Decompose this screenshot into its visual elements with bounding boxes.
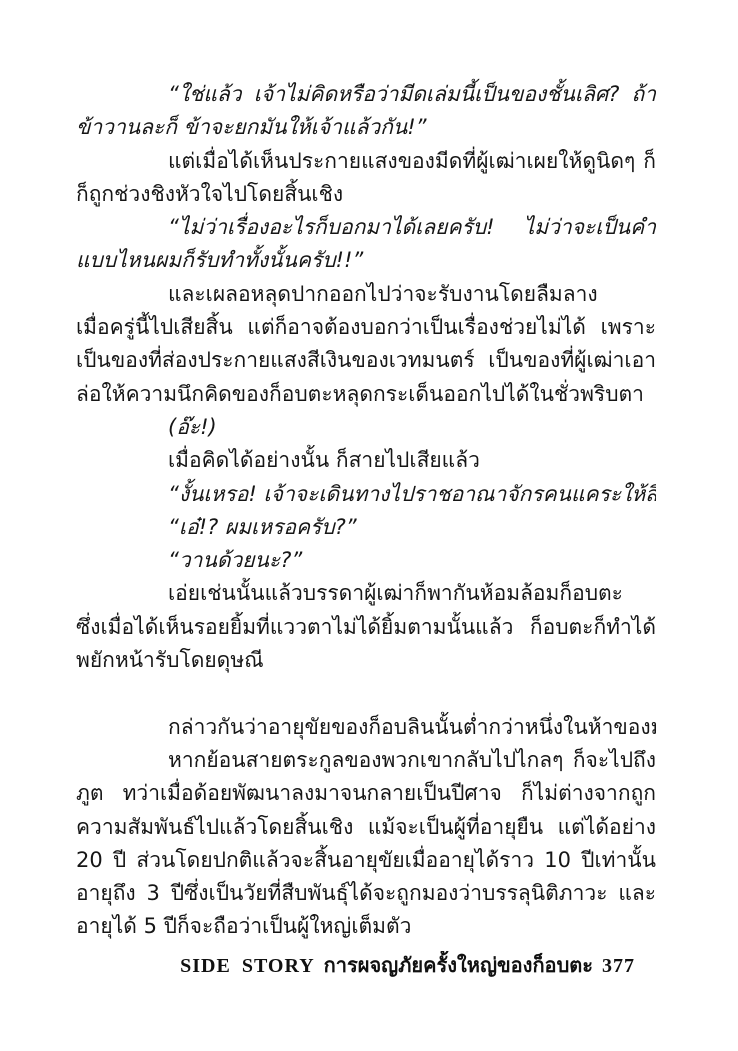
text-line: ซึ่งเมื่อได้เห็นรอยยิ้มที่แววตาไม่ได้ยิ้… — [76, 611, 656, 644]
text-line: พยักหน้ารับโดยดุษณี — [76, 644, 656, 677]
footer-chapter-title: การผจญภัยครั้งใหญ่ของก็อบตะ — [324, 955, 593, 977]
blank-line — [76, 677, 656, 710]
side-story-label: SIDE STORY — [180, 955, 315, 977]
text-line: เมื่อครู่นี้ไปเสียสิ้น แต่ก็อาจต้องบอกว่… — [76, 311, 656, 344]
text-line: “ไม่ว่าเรื่องอะไรก็บอกมาได้เลยครับ! ไม่ว… — [76, 211, 656, 244]
text-line: อายุได้ 5 ปีก็จะถือว่าเป็นผู้ใหญ่เต็มตัว — [76, 910, 656, 943]
text-line: ภูต ทว่าเมื่อด้อยพัฒนาลงมาจนกลายเป็นปีศา… — [76, 777, 656, 810]
text-line: 20 ปี ส่วนโดยปกติแล้วจะสิ้นอายุขัยเมื่ออ… — [76, 844, 656, 877]
text-line: ก็ถูกช่วงชิงหัวใจไปโดยสิ้นเชิง — [76, 178, 656, 211]
text-line: (อ๊ะ!) — [76, 411, 656, 444]
text-line: ข้าวานละก็ ข้าจะยกมันให้เจ้าแล้วกัน!” — [76, 111, 656, 144]
text-line: หากย้อนสายตระกูลของพวกเขากลับไปไกลๆ ก็จะ… — [76, 744, 656, 777]
text-line: “ใช่แล้ว เจ้าไม่คิดหรือว่ามีดเล่มนี้เป็น… — [76, 78, 656, 111]
text-line: “วานด้วยนะ?” — [76, 544, 656, 577]
text-line: แบบไหนผมก็รับทำทั้งนั้นครับ!!” — [76, 244, 656, 277]
text-line: และเผลอหลุดปากออกไปว่าจะรับงานโดยลืมลางส… — [76, 278, 656, 311]
text-line: อายุถึง 3 ปีซึ่งเป็นวัยที่สืบพันธุ์ได้จะ… — [76, 877, 656, 910]
text-line: กล่าวกันว่าอายุขัยของก็อบลินนั้นต่ำกว่าห… — [76, 711, 656, 744]
text-line: เป็นของที่ส่องประกายแสงสีเงินของเวทมนตร์… — [76, 344, 656, 377]
body-text: “ใช่แล้ว เจ้าไม่คิดหรือว่ามีดเล่มนี้เป็น… — [76, 78, 656, 944]
text-line: เอ่ยเช่นนั้นแล้วบรรดาผู้เฒ่าก็พากันห้อมล… — [76, 577, 656, 610]
text-line: “งั้นเหรอ! เจ้าจะเดินทางไปราชอาณาจักรคนแ… — [76, 478, 656, 511]
page-footer: SIDE STORYการผจญภัยครั้งใหญ่ของก็อบตะ377 — [76, 951, 656, 981]
novel-page: “ใช่แล้ว เจ้าไม่คิดหรือว่ามีดเล่มนี้เป็น… — [0, 0, 738, 1051]
text-line: ความสัมพันธ์ไปแล้วโดยสิ้นเชิง แม้จะเป็นผ… — [76, 811, 656, 844]
text-line: “เอ๋!? ผมเหรอครับ?” — [76, 511, 656, 544]
text-line: ล่อให้ความนึกคิดของก็อบตะหลุดกระเด็นออกไ… — [76, 378, 656, 411]
text-line: แต่เมื่อได้เห็นประกายแสงของมีดที่ผู้เฒ่า… — [76, 145, 656, 178]
text-line: เมื่อคิดได้อย่างนั้น ก็สายไปเสียแล้ว — [76, 444, 656, 477]
page-number: 377 — [602, 955, 635, 977]
